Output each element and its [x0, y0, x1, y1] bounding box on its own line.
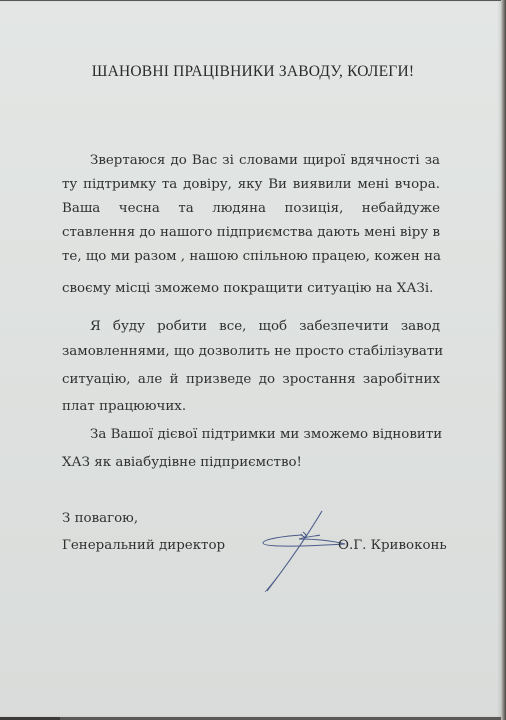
- letter-heading: ШАНОВНІ ПРАЦІВНИКИ ЗАВОДУ, КОЛЕГИ!: [0, 63, 506, 81]
- paragraph-2-line-3: ситуацію, але й призведе до зростання за…: [62, 372, 440, 387]
- paragraph-1-line-2: ту підтримку та довіру, яку Ви виявили м…: [62, 177, 440, 192]
- paragraph-2-line-1: Я буду робити все, щоб забезпечити завод: [90, 319, 440, 334]
- letter-page: ШАНОВНІ ПРАЦІВНИКИ ЗАВОДУ, КОЛЕГИ! Зверт…: [0, 1, 501, 717]
- paragraph-1-line-6: своєму місці зможемо покращити ситуацію …: [62, 281, 440, 296]
- signer-name: О.Г. Кривоконь: [338, 538, 447, 553]
- paragraph-1-line-3: Ваша чесна та людяна позиція, небайдуже: [62, 201, 440, 216]
- paragraph-1-line-5: те, що ми разом , нашою спільною працею,…: [62, 249, 440, 264]
- page-edge-shadow: [501, 0, 506, 720]
- paragraph-3-line-1: За Вашої дієвої підтримки ми зможемо від…: [90, 427, 440, 442]
- paragraph-1-line-4: ставлення до нашого підприємства дають м…: [62, 225, 440, 240]
- paragraph-3-line-2: ХАЗ як авіабудівне підприємство!: [62, 455, 440, 470]
- paragraph-2-line-2: замовленнями, що дозволить не просто ста…: [62, 344, 440, 359]
- paragraph-2-line-4: плат працюючих.: [62, 399, 440, 414]
- paragraph-1-line-1: Звертаюся до Вас зі словами щирої вдячно…: [90, 153, 440, 168]
- closing-text: З повагою,: [62, 511, 138, 526]
- signer-title: Генеральний директор: [62, 538, 225, 553]
